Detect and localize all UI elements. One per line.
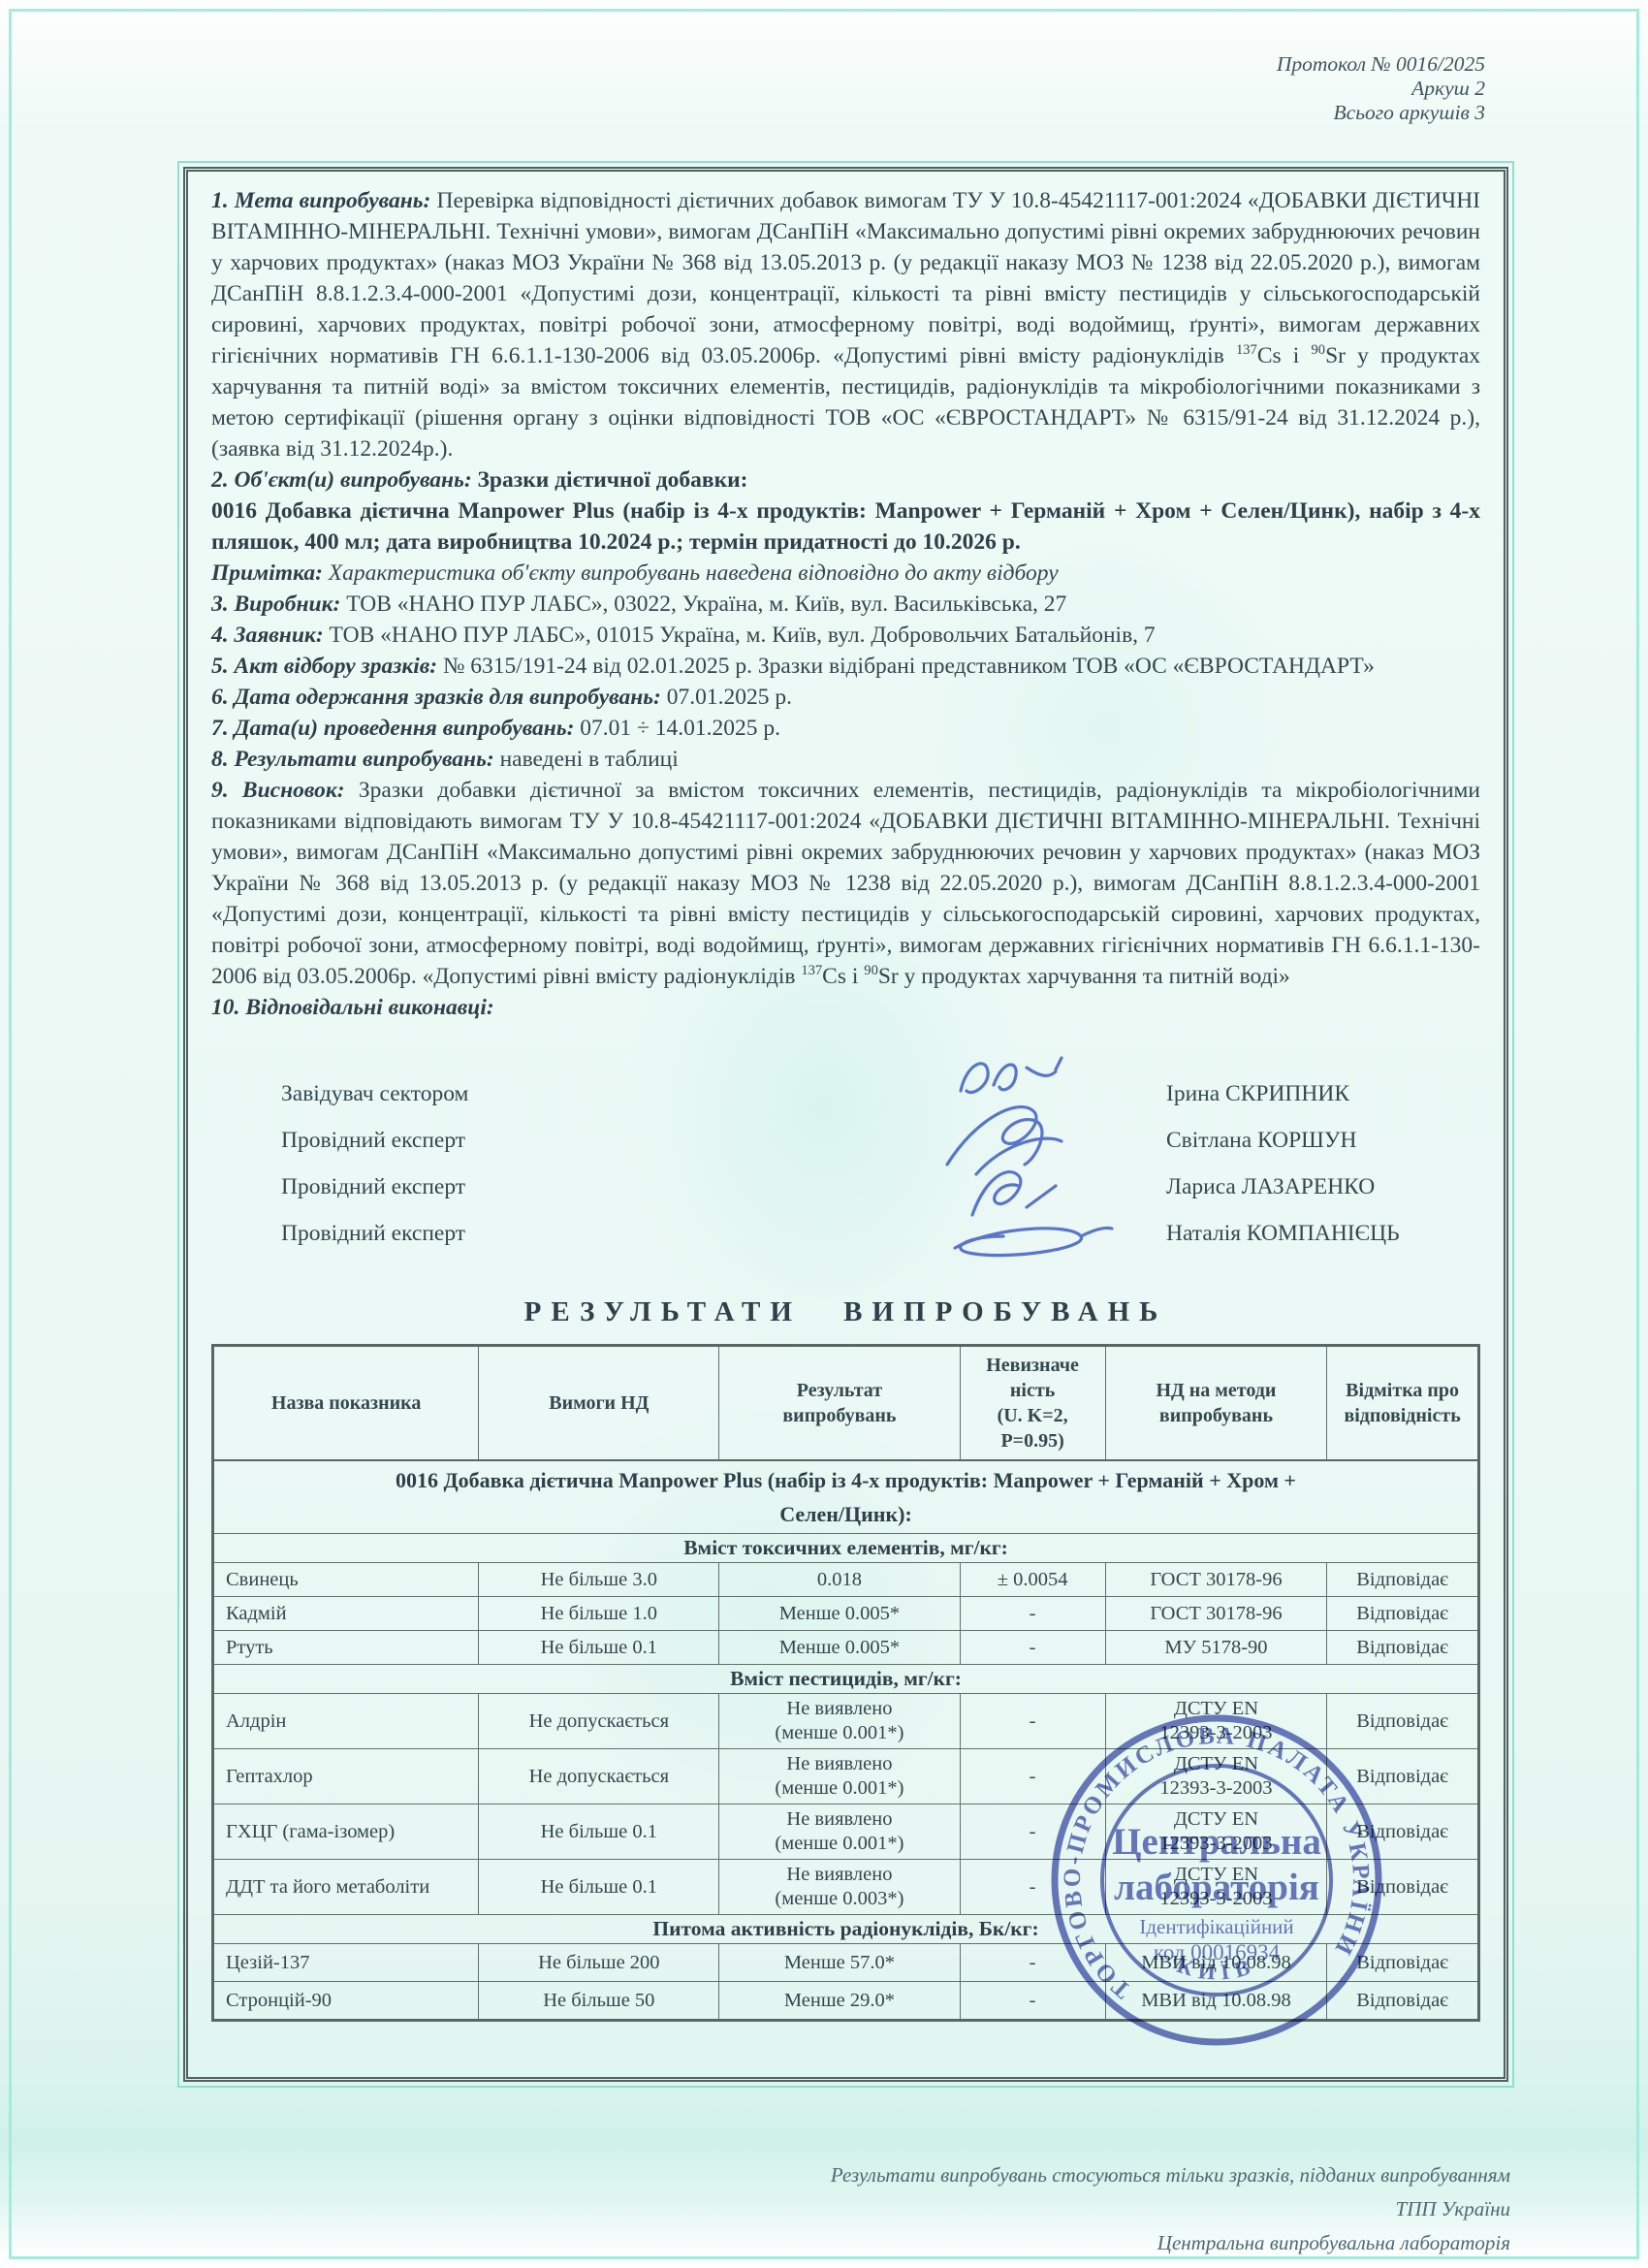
table-cell: Не допускається bbox=[479, 1694, 719, 1749]
section-text: Cs і bbox=[1257, 343, 1312, 368]
section-text: Cs і bbox=[822, 964, 864, 989]
section-label: 5. Акт відбору зразків: bbox=[211, 654, 443, 679]
col-header-uncertainty: Невизначе ність (U. K=2, P=0.95) bbox=[960, 1346, 1105, 1461]
signature-row: Провідний експерт Наталія КОМПАНІЄЦЬ bbox=[211, 1221, 1480, 1252]
signatures-block: Завідувач сектором Ірина СКРИПНИК Провід… bbox=[211, 1046, 1480, 1267]
table-row: Свинець Не більше 3.0 0.018 ± 0.0054 ГОС… bbox=[213, 1563, 1479, 1597]
round-stamp: ТОРГОВО-ПРОМИСЛОВА ПАЛАТА УКРАЇНИ КИЇВ Ц… bbox=[1042, 1706, 1391, 2055]
table-cell: Не виявлено (менше 0.001*) bbox=[719, 1805, 960, 1860]
signer-role: Провідний експерт bbox=[281, 1221, 465, 1247]
table-cell: Гептахлор bbox=[213, 1749, 479, 1805]
table-cell: Кадмій bbox=[213, 1597, 479, 1631]
table-cell: МУ 5178-90 bbox=[1105, 1631, 1327, 1665]
section-text: Зразки дієтичної добавки: bbox=[478, 467, 748, 493]
col-header-conformity: Відмітка про відповідність bbox=[1327, 1346, 1479, 1461]
section-results-ref: 8. Результати випробувань: наведені в та… bbox=[211, 744, 1480, 775]
signer-role: Провідний експерт bbox=[281, 1128, 465, 1154]
section-manufacturer: 3. Виробник: ТОВ «НАНО ПУР ЛАБС», 03022,… bbox=[211, 589, 1480, 620]
table-cell: ГОСТ 30178-96 bbox=[1105, 1597, 1327, 1631]
section-responsible: 10. Відповідальні виконавці: bbox=[211, 992, 1480, 1023]
table-cell: Цезій-137 bbox=[213, 1944, 479, 1982]
table-cell: ± 0.0054 bbox=[960, 1563, 1105, 1597]
table-cell: - bbox=[960, 1631, 1105, 1665]
table-cell: Менше 0.005* bbox=[719, 1597, 960, 1631]
stamp-center-line2: лабораторія bbox=[1114, 1867, 1319, 1908]
table-cell: Менше 0.005* bbox=[719, 1631, 960, 1665]
section-sampling-act: 5. Акт відбору зразків: № 6315/191-24 ві… bbox=[211, 651, 1480, 682]
section-text: ТОВ «НАНО ПУР ЛАБС», 01015 Україна, м. К… bbox=[330, 623, 1156, 648]
section-label: 9. Висновок: bbox=[211, 778, 359, 803]
table-cell: Не більше 0.1 bbox=[479, 1631, 719, 1665]
table-cell: Не більше 1.0 bbox=[479, 1597, 719, 1631]
section-purpose: 1. Мета випробувань: Перевірка відповідн… bbox=[211, 185, 1480, 464]
stamp-center-line1: Центральна bbox=[1112, 1821, 1321, 1863]
note-paragraph: Примітка: Характеристика об'єкту випробу… bbox=[211, 558, 1480, 589]
signer-role: Завідувач сектором bbox=[281, 1081, 468, 1107]
superscript-90: 90 bbox=[1312, 342, 1326, 358]
table-cell: ДДТ та його метаболіти bbox=[213, 1860, 479, 1915]
table-row: Кадмій Не більше 1.0 Менше 0.005* - ГОСТ… bbox=[213, 1597, 1479, 1631]
sample-description: 0016 Добавка дієтична Manpower Plus (наб… bbox=[213, 1460, 1479, 1534]
group-heading: Вміст пестицидів, мг/кг: bbox=[213, 1665, 1479, 1694]
stamp-center-line4: код 00016934 bbox=[1154, 1940, 1281, 1965]
table-cell: Алдрін bbox=[213, 1694, 479, 1749]
section-applicant: 4. Заявник: ТОВ «НАНО ПУР ЛАБС», 01015 У… bbox=[211, 620, 1480, 651]
section-label: 10. Відповідальні виконавці: bbox=[211, 995, 494, 1020]
signature-row: Провідний експерт Світлана КОРШУН bbox=[211, 1128, 1480, 1159]
sample-description-paragraph: 0016 Добавка дієтична Manpower Plus (наб… bbox=[211, 495, 1480, 558]
section-text: ТОВ «НАНО ПУР ЛАБС», 03022, Україна, м. … bbox=[346, 591, 1066, 617]
table-cell: Не більше 50 bbox=[479, 1982, 719, 2021]
footer-org: ТПП України bbox=[831, 2192, 1510, 2226]
section-object: 2. Об'єкт(и) випробувань: Зразки дієтичн… bbox=[211, 464, 1480, 495]
document-header: Протокол № 0016/2025 Аркуш 2 Всього арку… bbox=[1277, 52, 1485, 125]
table-cell: Менше 57.0* bbox=[719, 1944, 960, 1982]
certificate-frame: 1. Мета випробувань: Перевірка відповідн… bbox=[177, 161, 1514, 2088]
section-label: 1. Мета випробувань: bbox=[211, 188, 437, 213]
table-cell: ГОСТ 30178-96 bbox=[1105, 1563, 1327, 1597]
section-text: 07.01 ÷ 14.01.2025 р. bbox=[580, 716, 780, 741]
section-receive-date: 6. Дата одержання зразків для випробуван… bbox=[211, 682, 1480, 713]
section-text: Sr у продуктах харчування та питній воді… bbox=[878, 964, 1290, 989]
col-header-methods: НД на методи випробувань bbox=[1105, 1346, 1327, 1461]
total-sheets: Всього аркушів 3 bbox=[1277, 101, 1485, 125]
section-text: наведені в таблиці bbox=[500, 747, 679, 772]
section-text: Зразки добавки дієтичної за вмістом токс… bbox=[211, 778, 1480, 989]
table-cell: 0.018 bbox=[719, 1563, 960, 1597]
table-cell: Не виявлено (менше 0.003*) bbox=[719, 1860, 960, 1915]
section-label: 7. Дата(и) проведення випробувань: bbox=[211, 716, 580, 741]
section-text: 07.01.2025 р. bbox=[667, 685, 792, 710]
section-test-dates: 7. Дата(и) проведення випробувань: 07.01… bbox=[211, 713, 1480, 744]
document-footer: Результати випробувань стосуються тільки… bbox=[831, 2158, 1510, 2260]
superscript-137: 137 bbox=[801, 963, 822, 978]
section-text: Перевірка відповідності дієтичних добаво… bbox=[211, 188, 1480, 368]
section-label: 2. Об'єкт(и) випробувань: bbox=[211, 467, 478, 493]
note-text: Характеристика об'єкту випробувань навед… bbox=[329, 560, 1059, 586]
table-cell: ГХЦГ (гама-ізомер) bbox=[213, 1805, 479, 1860]
section-conclusion: 9. Висновок: Зразки добавки дієтичної за… bbox=[211, 775, 1480, 992]
col-header-result: Результат випробувань bbox=[719, 1346, 960, 1461]
sheet-number: Аркуш 2 bbox=[1277, 77, 1485, 101]
signer-name: Світлана КОРШУН bbox=[1166, 1128, 1356, 1154]
scanned-protocol-page: Протокол № 0016/2025 Аркуш 2 Всього арку… bbox=[0, 0, 1648, 2268]
table-cell: - bbox=[960, 1597, 1105, 1631]
table-cell: Відповідає bbox=[1327, 1563, 1479, 1597]
table-cell: Не більше 3.0 bbox=[479, 1563, 719, 1597]
group-heading-row: Вміст пестицидів, мг/кг: bbox=[213, 1665, 1479, 1694]
section-label: 4. Заявник: bbox=[211, 623, 330, 648]
table-cell: Не допускається bbox=[479, 1749, 719, 1805]
table-cell: Відповідає bbox=[1327, 1597, 1479, 1631]
table-cell: Не більше 0.1 bbox=[479, 1805, 719, 1860]
signer-role: Провідний експерт bbox=[281, 1174, 465, 1200]
table-header-row: Назва показника Вимоги НД Результат випр… bbox=[213, 1346, 1479, 1461]
table-cell: Менше 29.0* bbox=[719, 1982, 960, 2021]
stamp-center-line3: Ідентифікаційний bbox=[1139, 1915, 1293, 1938]
note-label: Примітка: bbox=[211, 560, 329, 586]
group-heading: Вміст токсичних елементів, мг/кг: bbox=[213, 1534, 1479, 1563]
signer-name: Наталія КОМПАНІЄЦЬ bbox=[1166, 1221, 1400, 1247]
table-cell: Відповідає bbox=[1327, 1631, 1479, 1665]
table-cell: Ртуть bbox=[213, 1631, 479, 1665]
results-table-title: РЕЗУЛЬТАТИ ВИПРОБУВАНЬ bbox=[211, 1296, 1480, 1328]
table-row: Ртуть Не більше 0.1 Менше 0.005* - МУ 51… bbox=[213, 1631, 1479, 1665]
superscript-90: 90 bbox=[864, 963, 878, 978]
section-label: 3. Виробник: bbox=[211, 591, 346, 617]
col-header-requirements: Вимоги НД bbox=[479, 1346, 719, 1461]
results-table-wrap: Назва показника Вимоги НД Результат випр… bbox=[211, 1344, 1480, 2022]
group-heading-row: Вміст токсичних елементів, мг/кг: bbox=[213, 1534, 1479, 1563]
col-header-indicator: Назва показника bbox=[213, 1346, 479, 1461]
footer-lab: Центральна випробувальна лабораторія bbox=[831, 2226, 1510, 2260]
signer-name: Лариса ЛАЗАРЕНКО bbox=[1166, 1174, 1375, 1200]
superscript-137: 137 bbox=[1236, 342, 1257, 358]
section-label: 6. Дата одержання зразків для випробуван… bbox=[211, 685, 667, 710]
certificate-frame-inner: 1. Мета випробувань: Перевірка відповідн… bbox=[183, 167, 1508, 2082]
signer-name: Ірина СКРИПНИК bbox=[1166, 1081, 1349, 1107]
table-cell: Не більше 200 bbox=[479, 1944, 719, 1982]
table-cell: Свинець bbox=[213, 1563, 479, 1597]
table-cell: Стронцій-90 bbox=[213, 1982, 479, 2021]
table-cell: Не виявлено (менше 0.001*) bbox=[719, 1694, 960, 1749]
protocol-number: Протокол № 0016/2025 bbox=[1277, 52, 1485, 77]
table-cell: Не більше 0.1 bbox=[479, 1860, 719, 1915]
signature-row: Провідний експерт Лариса ЛАЗАРЕНКО bbox=[211, 1174, 1480, 1205]
signature-row: Завідувач сектором Ірина СКРИПНИК bbox=[211, 1081, 1480, 1112]
section-text: № 6315/191-24 від 02.01.2025 р. Зразки в… bbox=[443, 654, 1375, 679]
table-cell: Не виявлено (менше 0.001*) bbox=[719, 1749, 960, 1805]
sample-row: 0016 Добавка дієтична Manpower Plus (наб… bbox=[213, 1460, 1479, 1534]
footer-disclaimer: Результати випробувань стосуються тільки… bbox=[831, 2158, 1510, 2192]
section-label: 8. Результати випробувань: bbox=[211, 747, 500, 772]
